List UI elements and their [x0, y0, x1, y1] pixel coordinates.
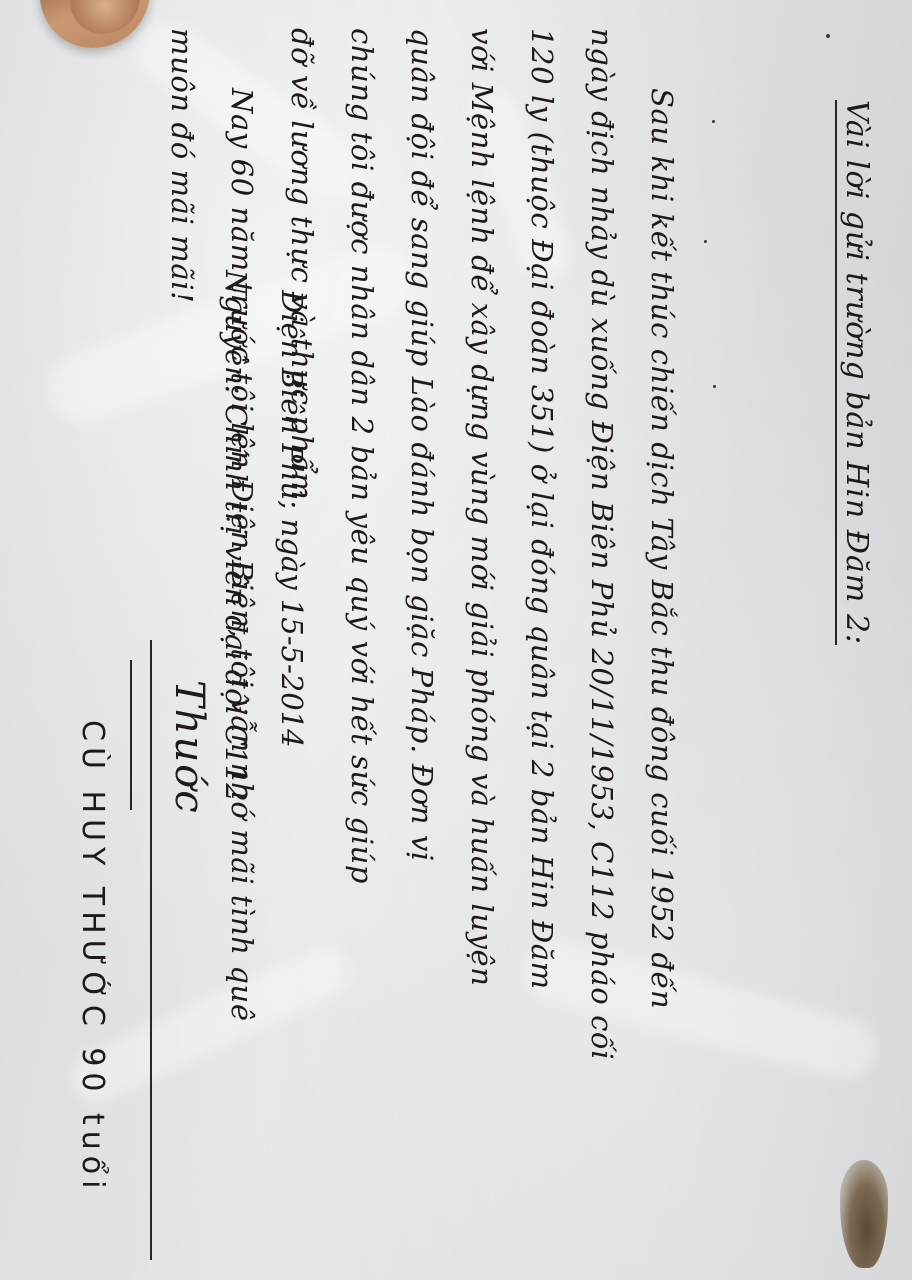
body-line: Sau khi kết thúc chiến dịch Tây Bắc thu … [632, 28, 692, 1258]
place-date: Điện Biên Phủ, ngày 15-5-2014 [264, 270, 320, 1170]
handwritten-letter: Vài lời gửi trường bản Hin Đăm 2: Sau kh… [0, 0, 912, 1280]
signature-underline [150, 640, 152, 1260]
signer-role: Nguyên: Chính trị viên đại đội C112 [208, 270, 264, 1170]
letter-closing: Điện Biên Phủ, ngày 15-5-2014 Nguyên: Ch… [208, 270, 320, 1170]
body-line: quân đội để sang giúp Lào đánh bọn giặc … [392, 28, 452, 1258]
body-line: chúng tôi được nhân dân 2 bản yêu quý vớ… [332, 28, 392, 1258]
signer-name: CÙ HUY THƯỚC 90 tuổi [75, 720, 110, 1195]
body-line: 120 ly (thuộc Đại đoàn 351) ở lại đóng q… [512, 28, 572, 1258]
body-line: ngày địch nhảy dù xuống Điện Biên Phủ 20… [572, 28, 632, 1258]
signature: Thuớc [166, 680, 212, 815]
body-line: muôn đó mãi mãi! [152, 28, 212, 1258]
body-line: với Mệnh lệnh để xây dựng vùng mới giải … [452, 28, 512, 1258]
signature-underline-short [130, 660, 132, 810]
letter-title: Vài lời gửi trường bản Hin Đăm 2: [835, 100, 874, 645]
